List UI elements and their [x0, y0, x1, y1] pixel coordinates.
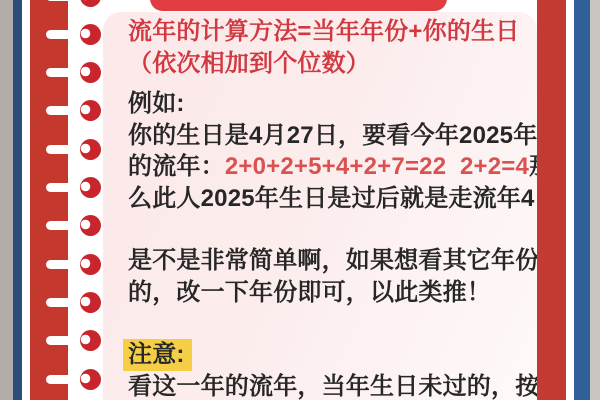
content-panel: 流年的计算方法=当年年份+你的生日（依次相加到个位数）例如:你的生日是4月27日…	[103, 12, 537, 400]
left-edge-gray-stripe	[0, 0, 13, 400]
paragraph-example: 例如:你的生日是4月27日，要看今年2025年的流年：2+0+2+5+4+2+7…	[128, 88, 533, 214]
right-edge-blue-stripe	[574, 0, 590, 400]
right-edge-red-stripe	[537, 0, 566, 400]
text-segment: （依次相加到个位数）	[128, 50, 370, 77]
text-line: 流年的计算方法=当年年份+你的生日	[128, 16, 533, 48]
spiral-binding-ring-icon	[80, 215, 101, 236]
text-segment: 的流年：	[128, 153, 225, 180]
fortune-poster: 流年的计算方法=当年年份+你的生日（依次相加到个位数）例如:你的生日是4月27日…	[0, 0, 600, 400]
text-segment: 流年的计算方法=当年年份+你的生日	[128, 18, 519, 45]
spiral-binding-ring-icon	[80, 62, 101, 83]
text-segment: 2+0+2+5+4+2+7=22 2+2=4	[225, 153, 529, 180]
spiral-binding-ring-icon	[80, 24, 101, 45]
paragraph-method: 流年的计算方法=当年年份+你的生日（依次相加到个位数）	[128, 16, 533, 79]
text-line: 你的生日是4月27日，要看今年2025年	[128, 120, 533, 152]
text-area: 流年的计算方法=当年年份+你的生日（依次相加到个位数）例如:你的生日是4月27日…	[128, 16, 533, 400]
text-line: 的流年：2+0+2+5+4+2+7=22 2+2=4那	[128, 151, 533, 183]
text-line: 的，改一下年份即可，以此类推！	[128, 277, 533, 309]
notice-highlight: 注意:	[123, 339, 192, 371]
text-line: 么此人2025年生日是过后就是走流年4	[128, 183, 533, 215]
left-edge-blue-stripe	[13, 0, 22, 400]
text-segment: 例如:	[128, 90, 185, 117]
paragraph-simple: 是不是非常简单啊，如果想看其它年份的，改一下年份即可，以此类推！	[128, 245, 533, 308]
text-segment: 你的生日是4月27日，要看今年2025年	[128, 122, 537, 149]
paragraph-notice: 注意:看这一年的流年，当年生日未过的，按	[128, 339, 533, 400]
text-line: （依次相加到个位数）	[128, 48, 533, 80]
text-segment: 看这一年的流年，当年生日未过的，按	[128, 373, 539, 400]
text-line: 例如:	[128, 88, 533, 120]
text-line: 看这一年的流年，当年生日未过的，按	[128, 371, 533, 400]
text-line: 是不是非常简单啊，如果想看其它年份	[128, 245, 533, 277]
spiral-binding-ring-icon	[80, 177, 101, 198]
text-segment: 是不是非常简单啊，如果想看其它年份	[128, 247, 539, 274]
spiral-binding-ring-icon	[80, 100, 101, 121]
right-edge-gray-stripe	[590, 0, 600, 400]
top-banner-tab	[150, 0, 447, 11]
text-line: 注意:	[128, 339, 533, 371]
spiral-binding-ring-icon	[80, 369, 101, 390]
spiral-binding-ring-icon	[80, 330, 101, 351]
text-segment: 么此人2025年生日是过后就是走流年4	[128, 185, 535, 212]
spiral-binding-ring-icon	[80, 139, 101, 160]
text-segment: 的，改一下年份即可，以此类推！	[128, 279, 491, 306]
spiral-binding-ring-icon	[80, 254, 101, 275]
ring-slot	[46, 0, 85, 1]
spiral-binding-ring-icon	[80, 292, 101, 313]
spiral-binding-ring-icon	[80, 0, 101, 7]
